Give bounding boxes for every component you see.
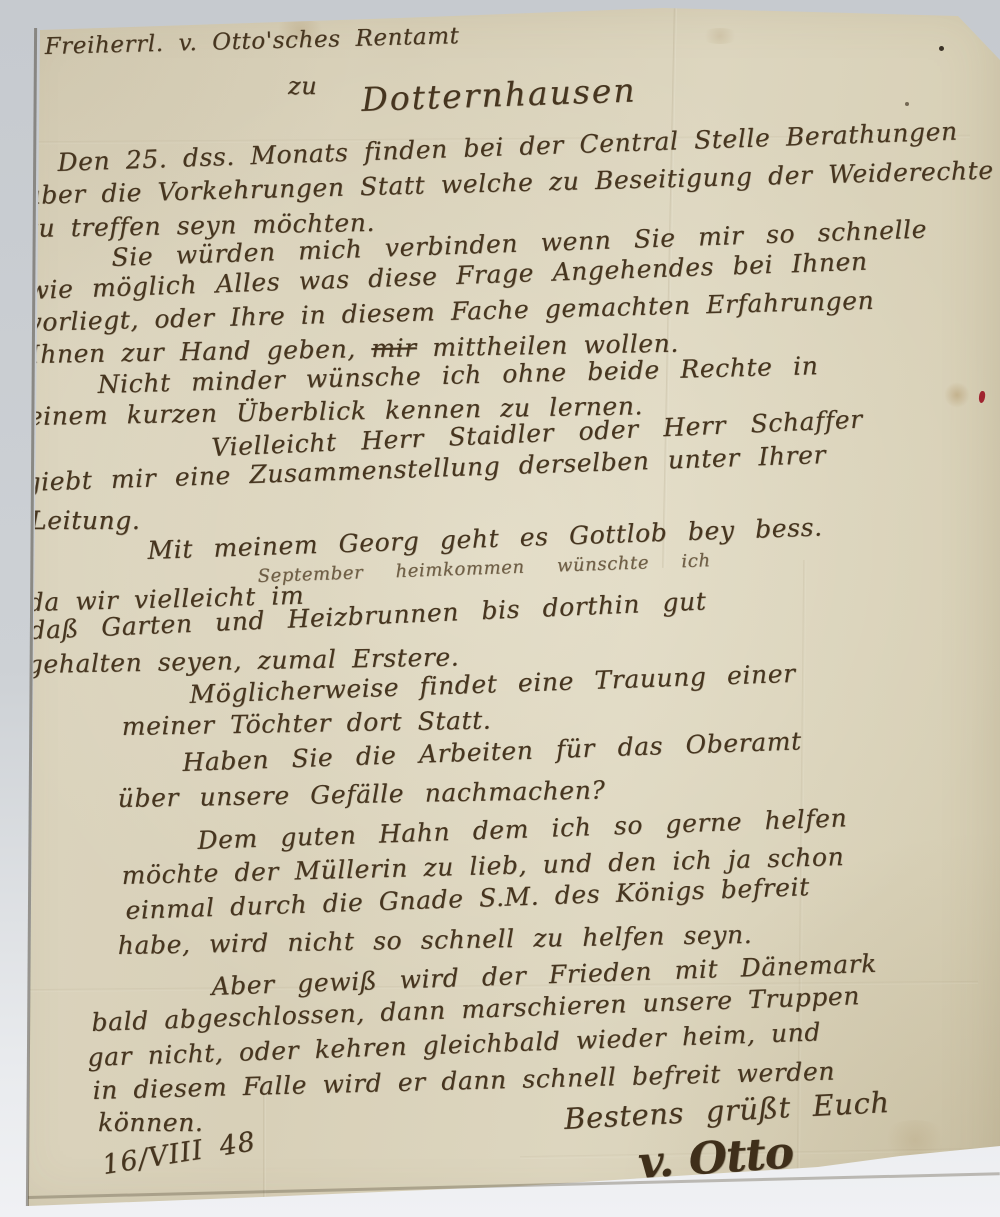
scan-background: Freiherrl. v. Otto'sches Rentamt zu Dott… bbox=[0, 0, 1000, 1217]
letter-sheet: Freiherrl. v. Otto'sches Rentamt zu Dott… bbox=[0, 0, 1000, 1217]
letter-header-zu: zu bbox=[288, 72, 317, 100]
vertical-fold-crease bbox=[662, 8, 677, 568]
letter-header-place: Dotternhausen bbox=[361, 70, 638, 119]
struck-word: mir bbox=[371, 333, 417, 363]
handwritten-line: habe, wird nicht so schnell zu helfen se… bbox=[117, 920, 752, 960]
age-stain bbox=[944, 382, 970, 408]
ink-speck bbox=[939, 46, 944, 51]
letter-header-office: Freiherrl. v. Otto'sches Rentamt bbox=[44, 23, 459, 60]
closing-salutation: Bestens grüßt Euch bbox=[563, 1085, 890, 1136]
handwritten-line: über unsere Gefälle nachmachen? bbox=[117, 775, 605, 813]
handwritten-line: können. bbox=[98, 1108, 203, 1137]
handwritten-line: Leitung. bbox=[30, 506, 140, 535]
red-wax-speck bbox=[978, 391, 986, 404]
age-stain bbox=[700, 28, 740, 44]
ink-speck bbox=[905, 102, 909, 106]
signature: v. Otto bbox=[636, 1127, 794, 1189]
handwritten-line: meiner Töchter dort Statt. bbox=[121, 706, 491, 741]
age-stain bbox=[880, 1120, 950, 1160]
